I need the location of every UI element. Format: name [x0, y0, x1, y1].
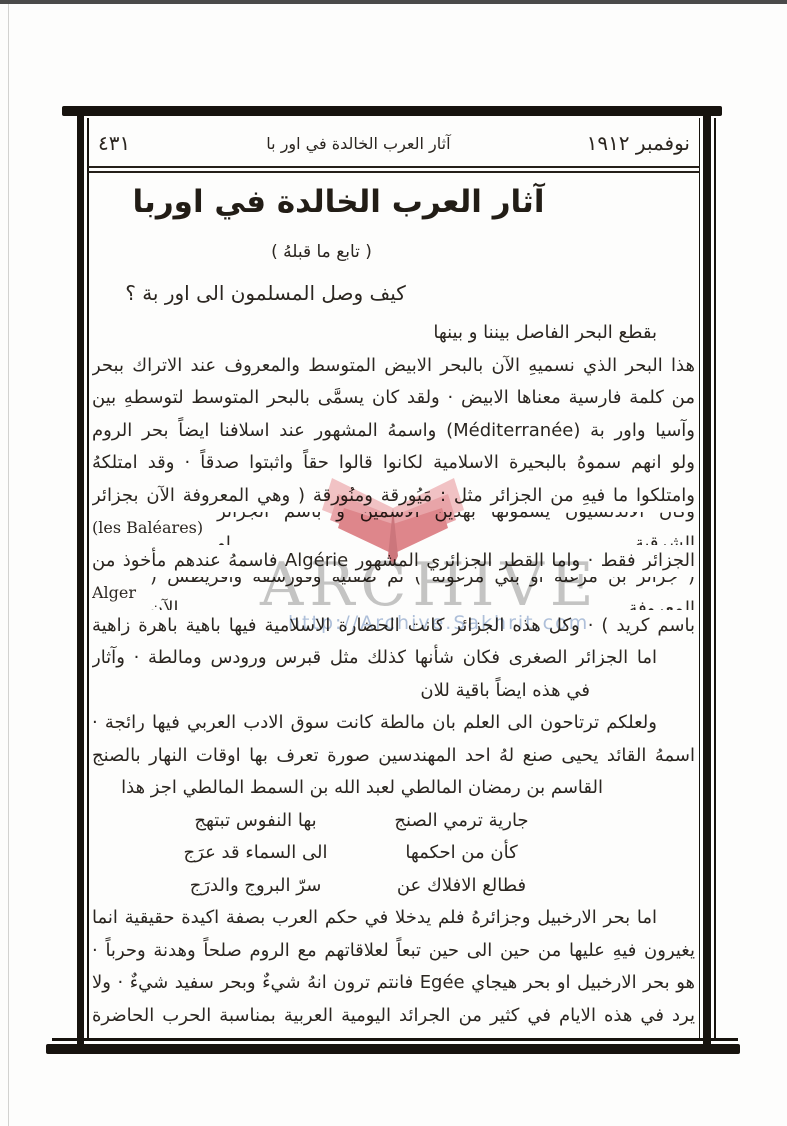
article-title: آثار العرب الخالدة في اوربا	[92, 184, 695, 220]
text-line: يرد في هذه الايام في كثير من الجرائد الي…	[92, 1000, 695, 1033]
text-line-latin: Alger	[92, 577, 136, 610]
hemistich-left: الى السماء قد عرَج	[182, 837, 330, 870]
page-border-bottom-thin	[52, 1038, 738, 1041]
text-line: ولعلكم ترتاحون الى العلم بان مالطة كانت …	[92, 707, 695, 740]
issue-date: نوفمبر ١٩١٢	[587, 131, 690, 155]
article-body: بقطع البحر الفاصل بيننا و بينها هذا البح…	[92, 317, 695, 1032]
hemistich-left: سرّ البروج والدرَج	[182, 870, 330, 903]
page-border-bottom	[46, 1044, 740, 1054]
section-heading-text: كيف وصل المسلمون الى اور بة ؟	[125, 281, 406, 305]
text-line-latin: (les Baléares)	[92, 512, 203, 545]
running-title: آثار العرب الخالدة في اور با	[266, 134, 450, 153]
hemistich-right: فطالع الافلاك عن	[378, 870, 546, 903]
text-line: ولو انهم سموهُ بالبحيرة الاسلامية لكانوا…	[92, 447, 695, 480]
scan-top-edge	[0, 0, 787, 4]
verse-line: كأن من احكمها الى السماء قد عرَج	[62, 837, 665, 870]
scan-edge-line	[8, 4, 9, 1126]
text-line: بقطع البحر الفاصل بيننا و بينها	[92, 317, 695, 350]
article-title-text: آثار العرب الخالدة في اوربا	[133, 184, 545, 220]
page-header: نوفمبر ١٩١٢ آثار العرب الخالدة في اور با…	[92, 124, 696, 162]
text-line: الجزائر فقط · واما القطر الجزائري المشهو…	[92, 545, 695, 578]
text-line: باسم كريد ) · وكل هذه الجزائر كانت الحضا…	[92, 610, 695, 643]
text-line: اسمهُ القائد يحيى صنع لهُ احد المهندسين …	[92, 740, 695, 773]
text-line: من كلمة فارسية معناها الابيض · ولقد كان …	[92, 382, 695, 415]
text-line: وآسيا واور بة (Méditerranée) واسمهُ المش…	[92, 415, 695, 448]
text-line: اما الجزائر الصغرى فكان شأنها كذلك مثل ق…	[92, 642, 695, 675]
section-heading: كيف وصل المسلمون الى اور بة ؟	[92, 281, 695, 305]
page-border-right	[703, 106, 711, 1054]
hemistich-right: جارية ترمي الصنج	[378, 805, 546, 838]
header-rule-top	[88, 166, 700, 168]
text-line: ( جزائر بن مزغنه او بني مزغونة ) ثم صقلي…	[92, 577, 695, 610]
text-line: في هذه ايضاً باقية للان	[92, 675, 695, 708]
text-line: وامتلكوا ما فيهِ من الجزائر مثل : مَيُور…	[92, 480, 695, 513]
page-border-right-thin-inner	[699, 118, 700, 1040]
article-subtitle-text: ( تابع ما قبلهُ )	[271, 242, 372, 262]
header-rule-bottom	[88, 171, 700, 173]
article-subtitle: ( تابع ما قبلهُ )	[92, 242, 695, 262]
text-line-arabic: ( جزائر بن مزغنه او بني مزغونة ) ثم صقلي…	[150, 577, 695, 610]
text-line: هو بحر الارخبيل او بحر هيجاي Egée فانتم …	[92, 967, 695, 1000]
text-line: هذا البحر الذي نسميهِ الآن بالبحر الابيض…	[92, 350, 695, 383]
page-border-top	[62, 106, 722, 116]
hemistich-left: بها النفوس تبتهج	[182, 805, 330, 838]
text-line-arabic: وكان الاندلسيون يسمونها بهذين الاسمين و …	[217, 512, 695, 545]
text-line: وكان الاندلسيون يسمونها بهذين الاسمين و …	[92, 512, 695, 545]
verse-line: فطالع الافلاك عن سرّ البروج والدرَج	[62, 870, 665, 903]
page-number: ٤٣١	[98, 131, 130, 155]
page-border-right-thin-outer	[714, 118, 716, 1040]
text-line: يغيرون فيهِ عليها من حين الى حين تبعاً ل…	[92, 935, 695, 968]
page-border-left	[77, 106, 84, 1054]
text-line: القاسم بن رمضان المالطي لعبد الله بن الس…	[92, 772, 695, 805]
text-line: اما بحر الارخبيل وجزائرهُ فلم يدخلا في ح…	[92, 902, 695, 935]
verse-line: جارية ترمي الصنج بها النفوس تبتهج	[62, 805, 665, 838]
hemistich-right: كأن من احكمها	[378, 837, 546, 870]
